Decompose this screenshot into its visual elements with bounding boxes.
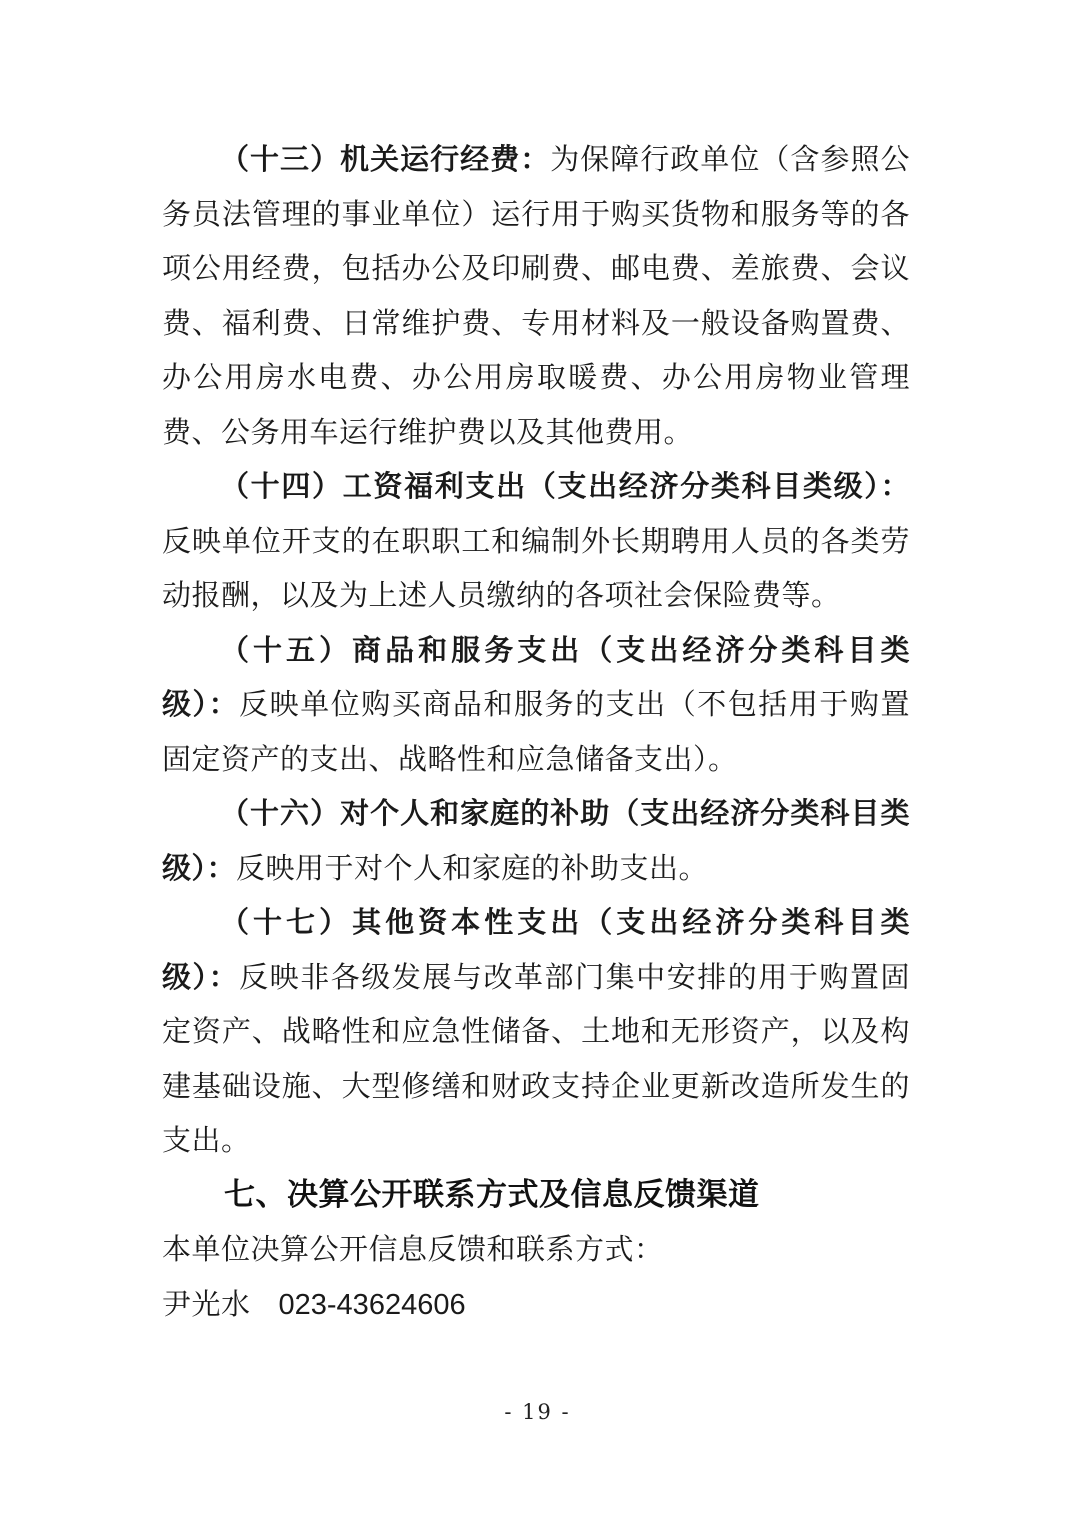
section-heading-contact-feedback: 七、决算公开联系方式及信息反馈渠道	[162, 1168, 910, 1223]
paragraph-body: 为保障行政单位（含参照公务员法管理的事业单位）运行用于购买货物和服务等的各项公用…	[162, 142, 910, 449]
page-number: - 19 -	[0, 1400, 1075, 1424]
document-page: （十三）机关运行经费：为保障行政单位（含参照公务员法管理的事业单位）运行用于购买…	[0, 0, 1075, 1520]
paragraph-17-other-capital-expenditure: （十七）其他资本性支出（支出经济分类科目类级）：反映非各级发展与改革部门集中安排…	[162, 895, 910, 1168]
paragraph-14-wage-welfare-expenditure: （十四）工资福利支出（支出经济分类科目类级）：反映单位开支的在职职工和编制外长期…	[162, 459, 910, 623]
contact-phone-number: 023-43624606	[279, 1289, 466, 1321]
paragraph-body: 反映单位开支的在职职工和编制外长期聘用人员的各类劳动报酬，以及为上述人员缴纳的各…	[162, 524, 910, 613]
contact-info-line: 尹光水023-43624606	[162, 1277, 910, 1333]
paragraph-body: 反映单位购买商品和服务的支出（不包括用于购置固定资产的支出、战略性和应急储备支出…	[162, 687, 910, 776]
contact-intro-line: 本单位决算公开信息反馈和联系方式：	[162, 1222, 910, 1277]
paragraph-15-goods-services-expenditure: （十五）商品和服务支出（支出经济分类科目类级）：反映单位购买商品和服务的支出（不…	[162, 623, 910, 787]
paragraph-body: 反映非各级发展与改革部门集中安排的用于购置固定资产、战略性和应急性储备、土地和无…	[162, 960, 910, 1158]
paragraph-13-agency-operating-expenses: （十三）机关运行经费：为保障行政单位（含参照公务员法管理的事业单位）运行用于购买…	[162, 132, 910, 459]
page-content: （十三）机关运行经费：为保障行政单位（含参照公务员法管理的事业单位）运行用于购买…	[162, 132, 910, 1332]
paragraph-lead: （十三）机关运行经费：	[220, 142, 550, 176]
paragraph-lead: （十四）工资福利支出（支出经济分类科目类级）：	[220, 469, 910, 503]
paragraph-body: 反映用于对个人和家庭的补助支出。	[236, 851, 708, 885]
contact-name: 尹光水	[162, 1287, 251, 1321]
paragraph-16-subsidies-individuals-families: （十六）对个人和家庭的补助（支出经济分类科目类级）：反映用于对个人和家庭的补助支…	[162, 786, 910, 895]
